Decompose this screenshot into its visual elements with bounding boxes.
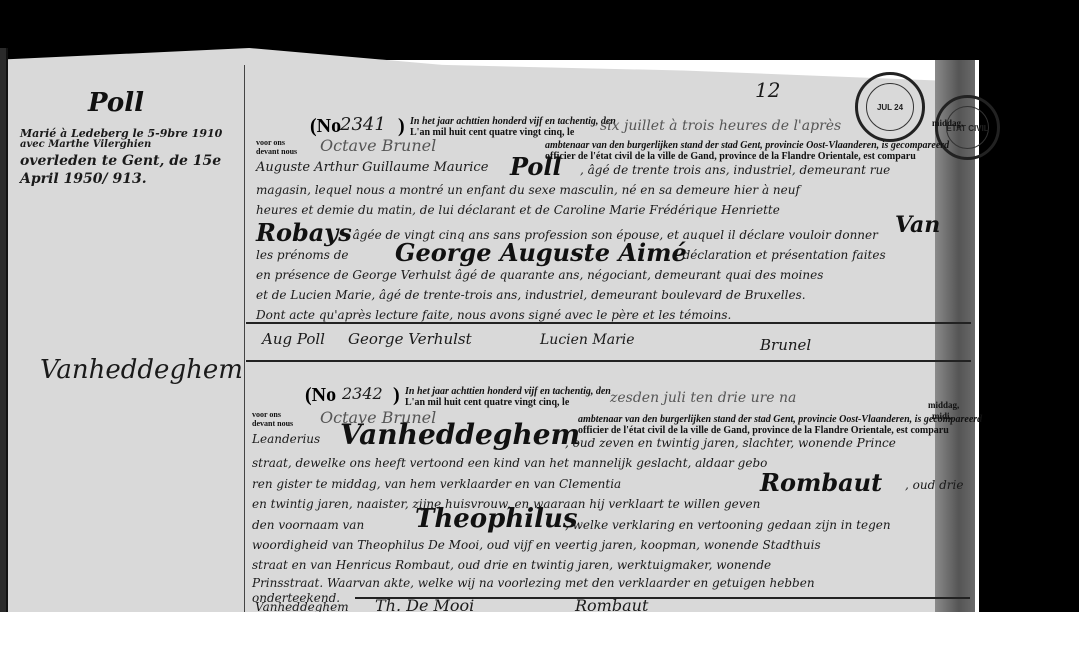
entry-body-line: , déclaration et présentation faites [675, 248, 886, 262]
entry-body-line: den voornaam van [252, 518, 364, 532]
scan-right-border [979, 0, 1079, 612]
signature: Aug Poll [262, 330, 325, 348]
entry-body-line: , oud drie [905, 478, 963, 492]
entry-body-line: les prénoms de [256, 248, 349, 262]
mother-surname-part1: Van [895, 212, 940, 238]
officer-fr: officier de l'état civil de la ville de … [578, 425, 949, 436]
officer-nl: ambtenaar van den burgerlijken stand der… [545, 140, 949, 151]
entry-number-prefix: (No [310, 115, 341, 138]
signature: Lucien Marie [540, 332, 635, 348]
preamble-nl: In het jaar achttien honderd vijf en tac… [410, 116, 616, 127]
entry-body-line: , welke verklaring en vertooning gedaan … [565, 518, 891, 532]
scan-bottom-border [0, 612, 1079, 663]
preamble-nl: In het jaar achttien honderd vijf en tac… [405, 386, 611, 397]
margin-surname-vanheddeghem: Vanheddeghem [40, 355, 243, 385]
scan-top-border [0, 0, 1079, 60]
folio-mark: 12 [755, 78, 780, 102]
father-surname: Poll [510, 152, 562, 181]
before-us-fr: devant nous [256, 147, 297, 156]
before-us-fr: devant nous [252, 419, 293, 428]
entry-body-line: Prinsstraat. Waarvan akte, welke wij na … [252, 576, 815, 590]
entry-body-line: ren gister te middag, van hem verklaarde… [252, 477, 621, 491]
entry-body-line: Dont acte qu'après lecture faite, nous a… [256, 308, 731, 322]
noon-nl: middag, [928, 400, 959, 410]
entry-body-line: , oud zeven en twintig jaren, slachter, … [565, 436, 896, 450]
entry-number-prefix: (No [305, 384, 336, 407]
entry-body-line: magasin, lequel nous a montré un enfant … [256, 183, 800, 197]
entry-body-line: heures et demie du matin, de lui déclara… [256, 203, 780, 217]
child-given-names: George Auguste Aimé [395, 238, 687, 267]
signature: Brunel [760, 336, 811, 354]
officer-fr: officier de l'état civil de la ville de … [545, 151, 916, 162]
mother-surname: Rombaut [760, 468, 882, 497]
declarant-given-name: Leanderius [252, 432, 320, 446]
mother-surname-part2: Robays [256, 218, 352, 247]
entry-body-line: et de Lucien Marie, âgé de trente-trois … [256, 288, 806, 302]
before-us-nl: voor ons [252, 410, 281, 419]
signature: George Verhulst [348, 330, 472, 348]
entry-body-line: woordigheid van Theophilus De Mooi, oud … [252, 538, 821, 552]
entry-body-line: Auguste Arthur Guillaume Maurice [256, 160, 488, 175]
entry-body-line: , âgé de trente trois ans, industriel, d… [580, 163, 890, 177]
entry-divider [246, 360, 971, 362]
entry-date-handwritten: six juillet à trois heures de l'après [600, 118, 841, 134]
officer-name-handwritten: Octave Brunel [320, 136, 436, 155]
margin-divider [244, 65, 245, 612]
margin-annotation-line: April 1950/ 913. [20, 171, 147, 187]
declarant-surname: Vanheddeghem [340, 418, 580, 451]
entry-number-close: ) [393, 384, 400, 407]
entry-number: 2341 [340, 114, 386, 135]
entry-number: 2342 [342, 384, 383, 403]
entry-body-line: straat en van Henricus Rombaut, oud drie… [252, 558, 771, 572]
before-us-nl: voor ons [256, 138, 285, 147]
margin-annotation-line: avec Marthe Vilerghien [20, 139, 151, 150]
entry-body-line: en présence de George Verhulst âgé de qu… [256, 268, 823, 282]
preamble-fr: L'an mil huit cent quatre vingt cinq, le [405, 397, 569, 408]
officer-nl: ambtenaar van den burgerlijken stand der… [578, 414, 982, 425]
entry-date-handwritten: zesden juli ten drie ure na [610, 390, 796, 406]
margin-annotation-line: overleden te Gent, de 15e [20, 153, 221, 169]
margin-surname-poll: Poll [88, 88, 144, 118]
noon-nl: middag, [932, 118, 963, 128]
entry-body-line: straat, dewelke ons heeft vertoond een k… [252, 456, 767, 470]
entry-divider [246, 322, 971, 324]
entry-number-close: ) [398, 115, 405, 138]
official-seal-round: JUL 24 [855, 72, 925, 142]
child-given-name: Theophilus [415, 504, 578, 534]
page-binding-line [6, 48, 8, 612]
